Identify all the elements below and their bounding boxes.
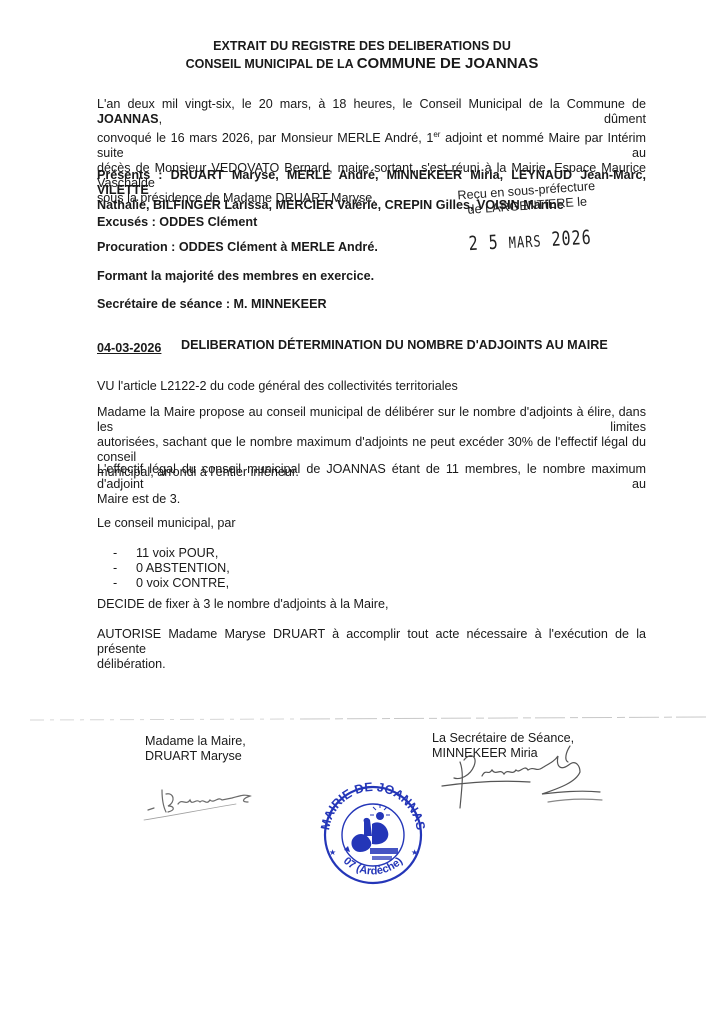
svg-text:★: ★ (411, 848, 418, 857)
vote-results: -11 voix POUR, -0 ABSTENTION, -0 voix CO… (113, 546, 230, 591)
reception-date-stamp: 2 5 MARS 2026 (468, 226, 592, 256)
document-title: EXTRAIT DU REGISTRE DES DELIBERATIONS DU… (0, 38, 724, 73)
council-intro: Le conseil municipal, par (97, 516, 236, 530)
title-line-2: CONSEIL MUNICIPAL DE LA COMMUNE DE JOANN… (0, 55, 724, 73)
vu-article: VU l'article L2122-2 du code général des… (97, 379, 458, 393)
commune-name: COMMUNE DE JOANNAS (357, 55, 539, 72)
majorite: Formant la majorité des membres en exerc… (97, 269, 374, 283)
decision: DECIDE de fixer à 3 le nombre d'adjoints… (97, 597, 389, 611)
procuration: Procuration : ODDES Clément à MERLE Andr… (97, 240, 378, 254)
mayor-title: Madame la Maire, (145, 734, 246, 749)
intro-line-2: convoqué le 16 mars 2026, par Monsieur M… (97, 127, 646, 161)
autorisation: AUTORISE Madame Maryse DRUART à accompli… (97, 627, 646, 672)
excuses: Excusés : ODDES Clément (97, 215, 257, 229)
svg-text:★: ★ (329, 848, 336, 857)
secretaire-seance: Secrétaire de séance : M. MINNEKEER (97, 297, 327, 311)
vote-contre: -0 voix CONTRE, (113, 576, 230, 591)
vote-abstention: -0 ABSTENTION, (113, 561, 230, 576)
intro-line-1: L'an deux mil vingt-six, le 20 mars, à 1… (97, 97, 646, 127)
title-prefix: CONSEIL MUNICIPAL DE LA (186, 57, 357, 71)
mayor-name: DRUART Maryse (145, 749, 246, 764)
mayor-signature-icon (140, 780, 270, 825)
deliberation-title: DELIBERATION DÉTERMINATION DU NOMBRE D'A… (181, 338, 608, 352)
secretary-signature-icon (430, 742, 615, 812)
scan-divider (0, 716, 724, 722)
vote-pour: -11 voix POUR, (113, 546, 230, 561)
mairie-seal-icon: MAIRIE DE JOANNAS 07 (Ardèche) ★ ★ (312, 780, 434, 886)
title-line-1: EXTRAIT DU REGISTRE DES DELIBERATIONS DU (0, 38, 724, 55)
deliberation-number: 04-03-2026 (97, 341, 161, 355)
mayor-signature-block: Madame la Maire, DRUART Maryse (145, 734, 246, 764)
commune-bold: JOANNAS (97, 112, 159, 126)
effectif-paragraph: L'effectif légal du conseil municipal de… (97, 462, 646, 507)
